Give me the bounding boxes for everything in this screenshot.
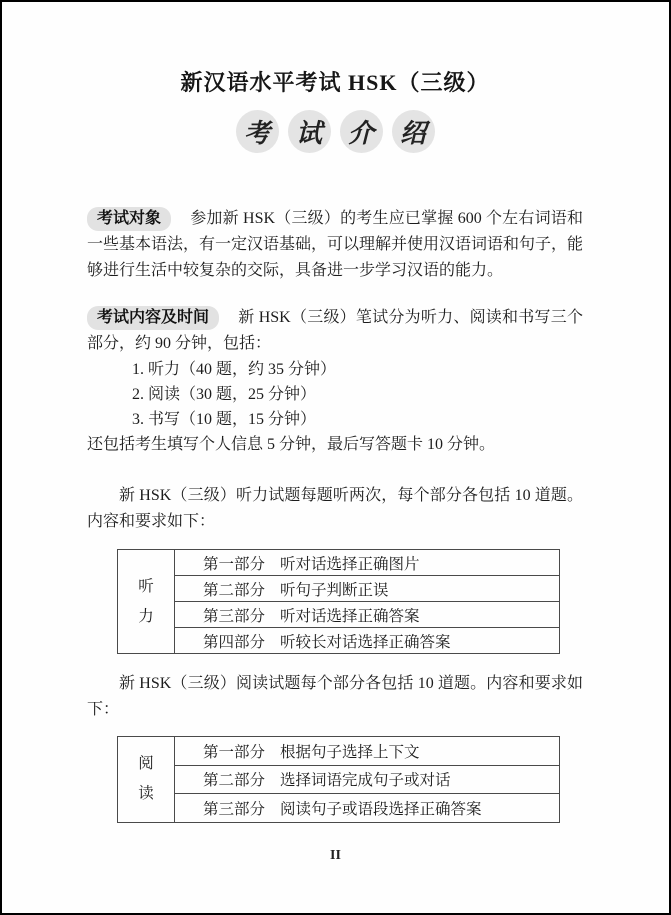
table-cell: 第四部分听较长对话选择正确答案 bbox=[175, 628, 560, 654]
part-label: 第一部分 bbox=[203, 556, 265, 573]
part-description: 选择词语完成句子或对话 bbox=[280, 772, 451, 789]
table-row: 阅 读 第一部分根据句子选择上下文 bbox=[118, 737, 560, 766]
reading-table: 阅 读 第一部分根据句子选择上下文 第二部分选择词语完成句子或对话 第三部分阅读… bbox=[117, 736, 560, 823]
header-char: 阅 bbox=[118, 749, 174, 779]
table-cell: 第二部分听句子判断正误 bbox=[175, 576, 560, 602]
part-label: 第三部分 bbox=[203, 801, 265, 818]
part-label: 第一部分 bbox=[203, 744, 265, 761]
subtitle-char: 绍 bbox=[400, 113, 426, 150]
subtitle-char-circle: 介 bbox=[340, 110, 383, 153]
reading-intro-paragraph: 新 HSK（三级）阅读试题每个部分各包括 10 道题。内容和要求如下： bbox=[87, 671, 583, 723]
section-label-badge: 考试对象 bbox=[87, 207, 171, 231]
section-intro-line: 考试内容及时间新 HSK（三级）笔试分为听力、阅读和书写三个部分，约 90 分钟… bbox=[87, 305, 583, 357]
section-footer-text: 还包括考生填写个人信息 5 分钟，最后写答题卡 10 分钟。 bbox=[87, 432, 583, 457]
table-row: 第四部分听较长对话选择正确答案 bbox=[118, 628, 560, 654]
part-description: 听句子判断正误 bbox=[280, 582, 389, 599]
subtitle-char: 考 bbox=[244, 113, 270, 150]
table-cell: 第三部分阅读句子或语段选择正确答案 bbox=[175, 794, 560, 823]
listening-table: 听 力 第一部分听对话选择正确图片 第二部分听句子判断正误 第三部分听对话选择正… bbox=[117, 549, 560, 654]
subtitle-char: 介 bbox=[348, 113, 374, 150]
table-cell: 第二部分选择词语完成句子或对话 bbox=[175, 765, 560, 794]
page-title: 新汉语水平考试 HSK（三级） bbox=[87, 66, 583, 97]
part-label: 第二部分 bbox=[203, 582, 265, 599]
exam-parts-list: 1. 听力（40 题，约 35 分钟） 2. 阅读（30 题，25 分钟） 3.… bbox=[132, 357, 583, 432]
table-row: 第三部分听对话选择正确答案 bbox=[118, 602, 560, 628]
header-char: 力 bbox=[118, 602, 174, 632]
book-page: 新汉语水平考试 HSK（三级） 考 试 介 绍 考试对象参加新 HSK（三级）的… bbox=[0, 0, 671, 915]
section-exam-candidates: 考试对象参加新 HSK（三级）的考生应已掌握 600 个左右词语和一些基本语法，… bbox=[87, 206, 583, 284]
list-item: 2. 阅读（30 题，25 分钟） bbox=[132, 382, 583, 407]
section-label-badge: 考试内容及时间 bbox=[87, 306, 219, 330]
header-char: 读 bbox=[118, 779, 174, 809]
part-description: 根据句子选择上下文 bbox=[280, 744, 420, 761]
table-row: 听 力 第一部分听对话选择正确图片 bbox=[118, 550, 560, 576]
listening-intro-paragraph: 新 HSK（三级）听力试题每题听两次，每个部分各包括 10 道题。内容和要求如下… bbox=[87, 483, 583, 535]
part-description: 听对话选择正确答案 bbox=[280, 608, 420, 625]
table-row: 第二部分听句子判断正误 bbox=[118, 576, 560, 602]
table-row: 第三部分阅读句子或语段选择正确答案 bbox=[118, 794, 560, 823]
table-cell: 第三部分听对话选择正确答案 bbox=[175, 602, 560, 628]
page-content: 新汉语水平考试 HSK（三级） 考 试 介 绍 考试对象参加新 HSK（三级）的… bbox=[2, 66, 669, 823]
subtitle-char-circle: 绍 bbox=[392, 110, 435, 153]
subtitle-char-circle: 考 bbox=[236, 110, 279, 153]
part-label: 第二部分 bbox=[203, 772, 265, 789]
reading-table-header: 阅 读 bbox=[118, 737, 175, 823]
subtitle-char-circle: 试 bbox=[288, 110, 331, 153]
list-item: 1. 听力（40 题，约 35 分钟） bbox=[132, 357, 583, 382]
page-number: II bbox=[2, 848, 669, 864]
part-description: 阅读句子或语段选择正确答案 bbox=[280, 801, 482, 818]
listening-table-header: 听 力 bbox=[118, 550, 175, 654]
header-char: 听 bbox=[118, 572, 174, 602]
section-exam-content-time: 考试内容及时间新 HSK（三级）笔试分为听力、阅读和书写三个部分，约 90 分钟… bbox=[87, 305, 583, 457]
table-row: 第二部分选择词语完成句子或对话 bbox=[118, 765, 560, 794]
part-description: 听对话选择正确图片 bbox=[280, 556, 420, 573]
part-label: 第四部分 bbox=[203, 634, 265, 651]
calligraphy-subtitle: 考 试 介 绍 bbox=[87, 110, 583, 153]
table-cell: 第一部分根据句子选择上下文 bbox=[175, 737, 560, 766]
table-cell: 第一部分听对话选择正确图片 bbox=[175, 550, 560, 576]
subtitle-char: 试 bbox=[296, 113, 322, 150]
part-description: 听较长对话选择正确答案 bbox=[280, 634, 451, 651]
part-label: 第三部分 bbox=[203, 608, 265, 625]
list-item: 3. 书写（10 题，15 分钟） bbox=[132, 407, 583, 432]
